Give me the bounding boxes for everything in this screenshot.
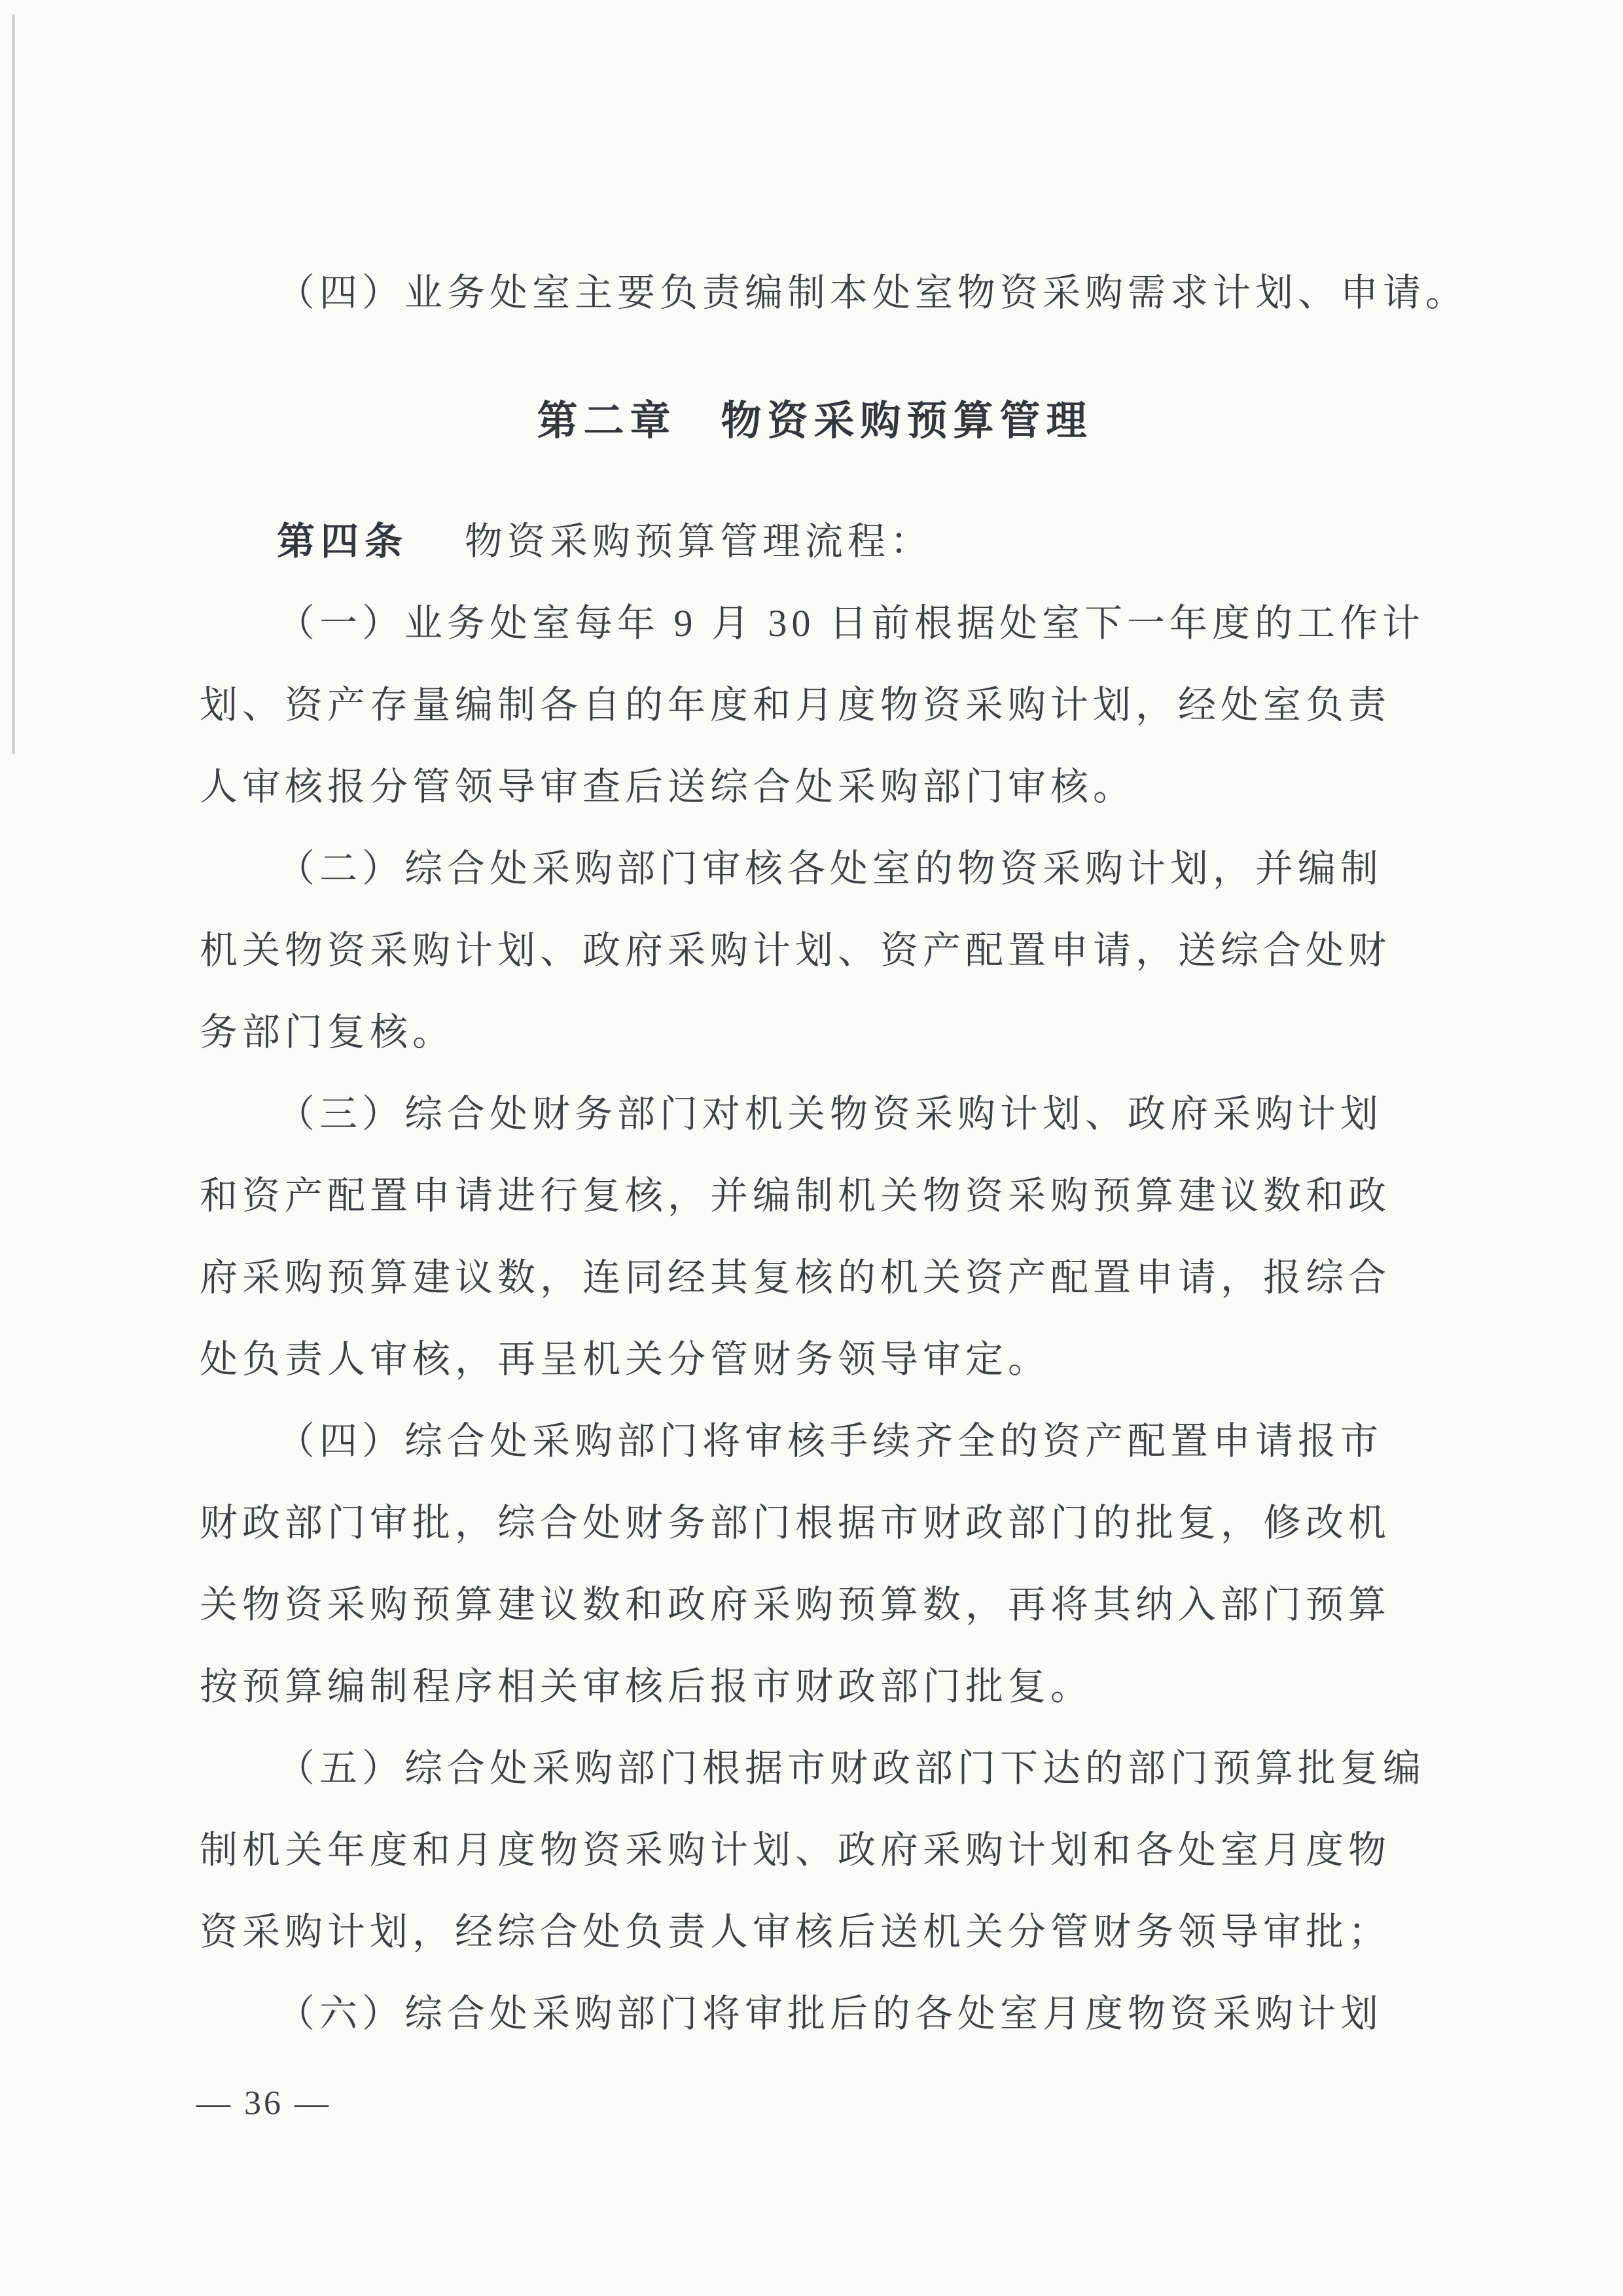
chapter-heading: 第二章物资采购预算管理 xyxy=(200,381,1430,463)
article-items: （一）业务处室每年 9 月 30 日前根据处室下一年度的工作计划、资产存量编制各… xyxy=(200,582,1430,2055)
body-line: 关物资采购预算建议数和政府采购预算数，再将其纳入部门预算 xyxy=(200,1564,1430,1646)
body-line: 按预算编制程序相关审核后报市财政部门批复。 xyxy=(200,1646,1430,1727)
article-title: 物资采购预算管理流程： xyxy=(465,520,933,563)
body-line: 制机关年度和月度物资采购计划、政府采购计划和各处室月度物 xyxy=(200,1809,1430,1891)
body-line: （一）业务处室每年 9 月 30 日前根据处室下一年度的工作计 xyxy=(200,582,1430,664)
document-page: （四）业务处室主要负责编制本处室物资采购需求计划、申请。 第二章物资采购预算管理… xyxy=(0,0,1623,2296)
body-line: （六）综合处采购部门将审批后的各处室月度物资采购计划 xyxy=(200,1973,1430,2055)
body-line: （四）综合处采购部门将审核手续齐全的资产配置申请报市 xyxy=(200,1400,1430,1482)
article-heading: 第四条物资采购预算管理流程： xyxy=(200,501,1430,582)
body-line: 人审核报分管领导审查后送综合处采购部门审核。 xyxy=(200,746,1430,828)
body-line: 处负责人审核，再呈机关分管财务领导审定。 xyxy=(200,1318,1430,1400)
page-number: — 36 — xyxy=(196,2084,331,2123)
body-line: （五）综合处采购部门根据市财政部门下达的部门预算批复编 xyxy=(200,1727,1430,1809)
document-content: （四）业务处室主要负责编制本处室物资采购需求计划、申请。 第二章物资采购预算管理… xyxy=(200,252,1430,2055)
body-line: 财政部门审批，综合处财务部门根据市财政部门的批复，修改机 xyxy=(200,1482,1430,1564)
body-line: 资采购计划，经综合处负责人审核后送机关分管财务领导审批； xyxy=(200,1891,1430,1973)
body-line: 划、资产存量编制各自的年度和月度物资采购计划，经处室负责 xyxy=(200,664,1430,746)
body-line: 务部门复核。 xyxy=(200,991,1430,1073)
scan-artifact-line xyxy=(12,14,15,754)
chapter-title: 物资采购预算管理 xyxy=(721,399,1093,444)
paragraph-intro: （四）业务处室主要负责编制本处室物资采购需求计划、申请。 xyxy=(200,252,1430,334)
body-line: （三）综合处财务部门对机关物资采购计划、政府采购计划 xyxy=(200,1073,1430,1155)
body-line: 和资产配置申请进行复核，并编制机关物资采购预算建议数和政 xyxy=(200,1155,1430,1237)
chapter-number: 第二章 xyxy=(537,399,676,444)
body-line: 机关物资采购计划、政府采购计划、资产配置申请，送综合处财 xyxy=(200,910,1430,991)
article-number: 第四条 xyxy=(277,520,408,563)
body-line: （二）综合处采购部门审核各处室的物资采购计划，并编制 xyxy=(200,828,1430,910)
body-line: 府采购预算建议数，连同经其复核的机关资产配置申请，报综合 xyxy=(200,1237,1430,1318)
